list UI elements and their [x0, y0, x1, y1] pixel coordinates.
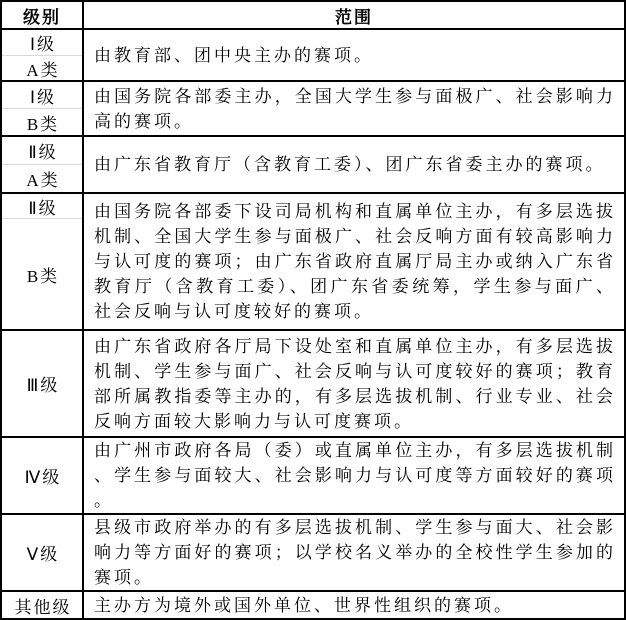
scope-text: 由广东省政府各厅局下设处室和直属单位主办，有多层选拔机制、学生参与面广、社会反响…	[94, 334, 616, 434]
scope-text: 县级市政府举办的有多层选拔机制、学生参与面大、社会影响力等方面好的赛项；以学校名…	[94, 515, 616, 590]
scope-cell: 由广东省教育厅（含教育工委）、团广东省委主办的赛项。	[84, 137, 624, 192]
level-line: 其他级	[2, 592, 82, 618]
level-line: Ⅴ级	[2, 515, 82, 590]
competition-level-table: 级别 范围 Ⅰ级 A类 由教育部、团中央主办的赛项。 Ⅰ级 B类 由国务院各部委…	[0, 0, 626, 620]
level-cell: Ⅰ级 A类	[2, 30, 84, 80]
table-row: Ⅱ级 B类 由国务院各部委下设司局机构和直属单位主办，有多层选拔机制、全国大学生…	[2, 192, 624, 329]
level-line: Ⅰ级	[2, 30, 82, 56]
table-row: Ⅰ级 A类 由教育部、团中央主办的赛项。	[2, 28, 624, 80]
level-line: Ⅱ级	[2, 137, 82, 165]
header-level-label: 级别	[23, 3, 61, 28]
level-cell: 其他级	[2, 592, 84, 618]
level-cell: Ⅴ级	[2, 515, 84, 590]
table-header-row: 级别 范围	[2, 2, 624, 28]
table-row: Ⅳ级 由广州市政府各局（委）或直属单位主办，有多层选拔机制、学生参与面较大、社会…	[2, 436, 624, 513]
header-scope-cell: 范围	[84, 2, 624, 28]
level-line: A类	[2, 165, 82, 192]
scope-text: 由广州市政府各局（委）或直属单位主办，有多层选拔机制、学生参与面较大、社会影响力…	[94, 438, 616, 513]
level-line: B类	[2, 219, 82, 329]
table-row: Ⅴ级 县级市政府举办的有多层选拔机制、学生参与面大、社会影响力等方面好的赛项；以…	[2, 513, 624, 590]
table-row: Ⅲ级 由广东省政府各厅局下设处室和直属单位主办，有多层选拔机制、学生参与面广、社…	[2, 329, 624, 436]
table-row: Ⅰ级 B类 由国务院各部委主办，全国大学生参与面极广、社会影响力高的赛项。	[2, 80, 624, 135]
header-scope-label: 范围	[335, 3, 373, 28]
scope-cell: 由国务院各部委下设司局机构和直属单位主办，有多层选拔机制、全国大学生参与面极广、…	[84, 194, 624, 329]
scope-cell: 由广东省政府各厅局下设处室和直属单位主办，有多层选拔机制、学生参与面广、社会反响…	[84, 331, 624, 436]
header-level-cell: 级别	[2, 2, 84, 28]
scope-cell: 主办方为境外或国外单位、世界性组织的赛项。	[84, 592, 624, 618]
scope-text: 由教育部、团中央主办的赛项。	[94, 43, 616, 68]
level-line: A类	[2, 56, 82, 81]
level-cell: Ⅰ级 B类	[2, 82, 84, 135]
scope-text: 由国务院各部委下设司局机构和直属单位主办，有多层选拔机制、全国大学生参与面极广、…	[94, 199, 616, 324]
level-cell: Ⅳ级	[2, 438, 84, 513]
scope-text: 由国务院各部委主办，全国大学生参与面极广、社会影响力高的赛项。	[94, 84, 616, 134]
level-line: B类	[2, 109, 82, 135]
level-cell: Ⅱ级 A类	[2, 137, 84, 192]
table-row: 其他级 主办方为境外或国外单位、世界性组织的赛项。	[2, 590, 624, 618]
scope-cell: 由教育部、团中央主办的赛项。	[84, 30, 624, 80]
level-line: Ⅱ级	[2, 194, 82, 219]
scope-cell: 县级市政府举办的有多层选拔机制、学生参与面大、社会影响力等方面好的赛项；以学校名…	[84, 515, 624, 590]
level-line: Ⅲ级	[2, 331, 82, 436]
level-cell: Ⅱ级 B类	[2, 194, 84, 329]
scope-cell: 由广州市政府各局（委）或直属单位主办，有多层选拔机制、学生参与面较大、社会影响力…	[84, 438, 624, 513]
level-cell: Ⅲ级	[2, 331, 84, 436]
table-row: Ⅱ级 A类 由广东省教育厅（含教育工委）、团广东省委主办的赛项。	[2, 135, 624, 192]
level-line: Ⅰ级	[2, 82, 82, 109]
level-line: Ⅳ级	[2, 438, 82, 513]
scope-text: 由广东省教育厅（含教育工委）、团广东省委主办的赛项。	[94, 152, 616, 177]
scope-text: 主办方为境外或国外单位、世界性组织的赛项。	[94, 593, 616, 618]
scope-cell: 由国务院各部委主办，全国大学生参与面极广、社会影响力高的赛项。	[84, 82, 624, 135]
